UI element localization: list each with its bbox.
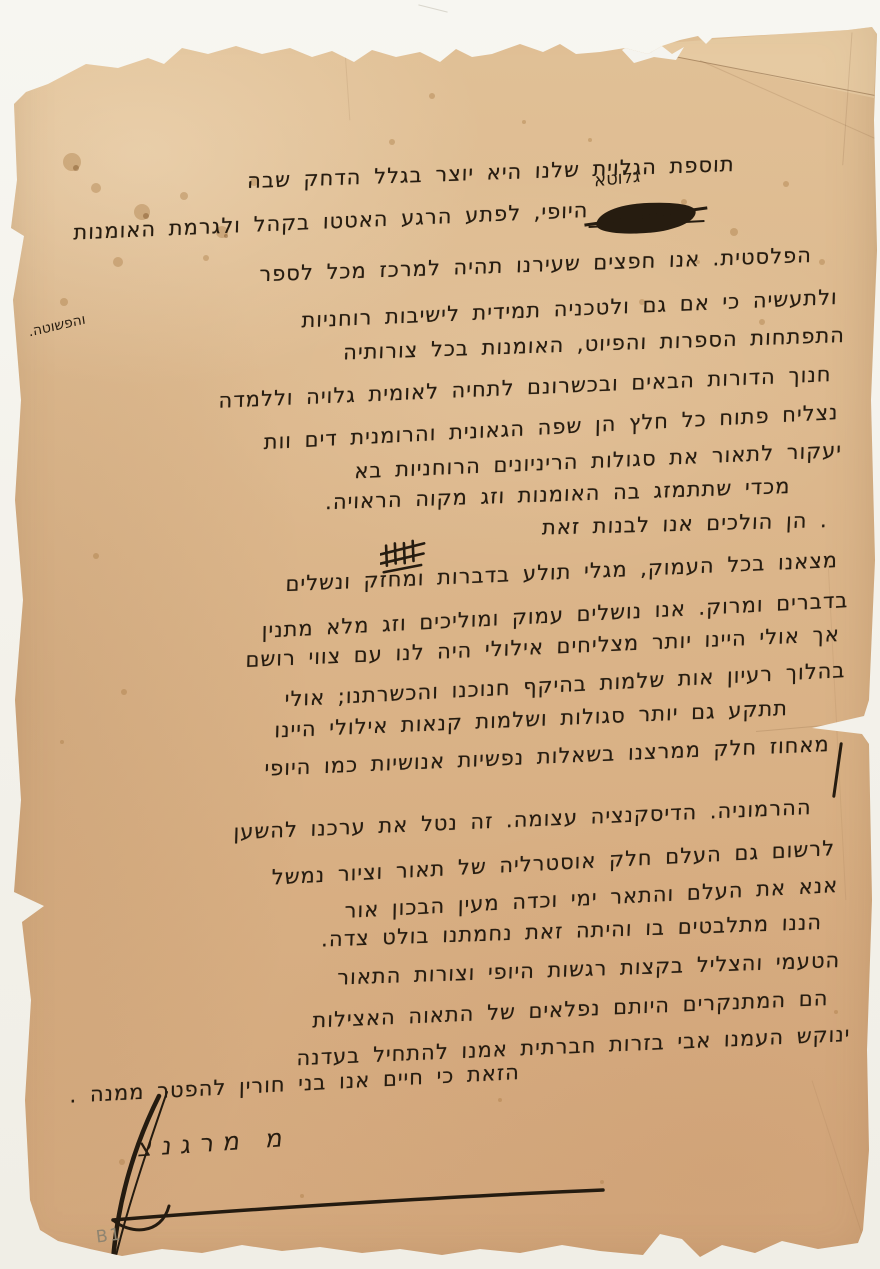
pencil-note: B1 bbox=[95, 1224, 124, 1247]
handwritten-line: הטעמי והצליל בקצות רגשות היופי וצורות הת… bbox=[337, 948, 841, 990]
handwritten-line: ההרמוניה. הדיסקנציה עצומה. זה נטל את ערכ… bbox=[234, 795, 813, 844]
descender-stroke bbox=[832, 742, 843, 798]
letter-body: תוספת הגלוית שלנו היא יוצר בגלל הדחק שבה… bbox=[0, 0, 880, 1269]
margin-overflow-word: והפשוטה. bbox=[28, 312, 87, 341]
correction-word: גלוטא bbox=[594, 166, 640, 192]
handwritten-line: תוספת הגלוית שלנו היא יוצר בגלל הדחק שבה bbox=[247, 152, 735, 193]
handwritten-line: . הן הולכים אנו לבנות זאת bbox=[542, 508, 829, 540]
handwritten-line: הפלסטית. אנו חפצים שעירנו תהיה למרכז מכל… bbox=[259, 243, 812, 286]
handwritten-line: היופי, לפתע הרגע האטטו בקהל ולגרמת האומנ… bbox=[73, 198, 588, 245]
handwritten-line: מצאנו בכל העמוק, מגלי תולע בדברות ומחזק … bbox=[285, 548, 838, 596]
letter-page: תוספת הגלוית שלנו היא יוצר בגלל הדחק שבה… bbox=[0, 0, 880, 1269]
inked-out-word bbox=[595, 199, 697, 238]
crossed-out-tally bbox=[380, 538, 432, 578]
scanner-scratch bbox=[418, 4, 447, 12]
scanner-background: תוספת הגלוית שלנו היא יוצר בגלל הדחק שבה… bbox=[0, 0, 880, 1269]
handwritten-line: התפתחות הספרות והפיוט, האומנות בכל צורות… bbox=[343, 323, 846, 365]
signature-flourish bbox=[55, 1088, 625, 1269]
handwritten-line: מאחוז חלק ממרצנו בשאלות נפשיות אנושיות כ… bbox=[265, 732, 831, 781]
